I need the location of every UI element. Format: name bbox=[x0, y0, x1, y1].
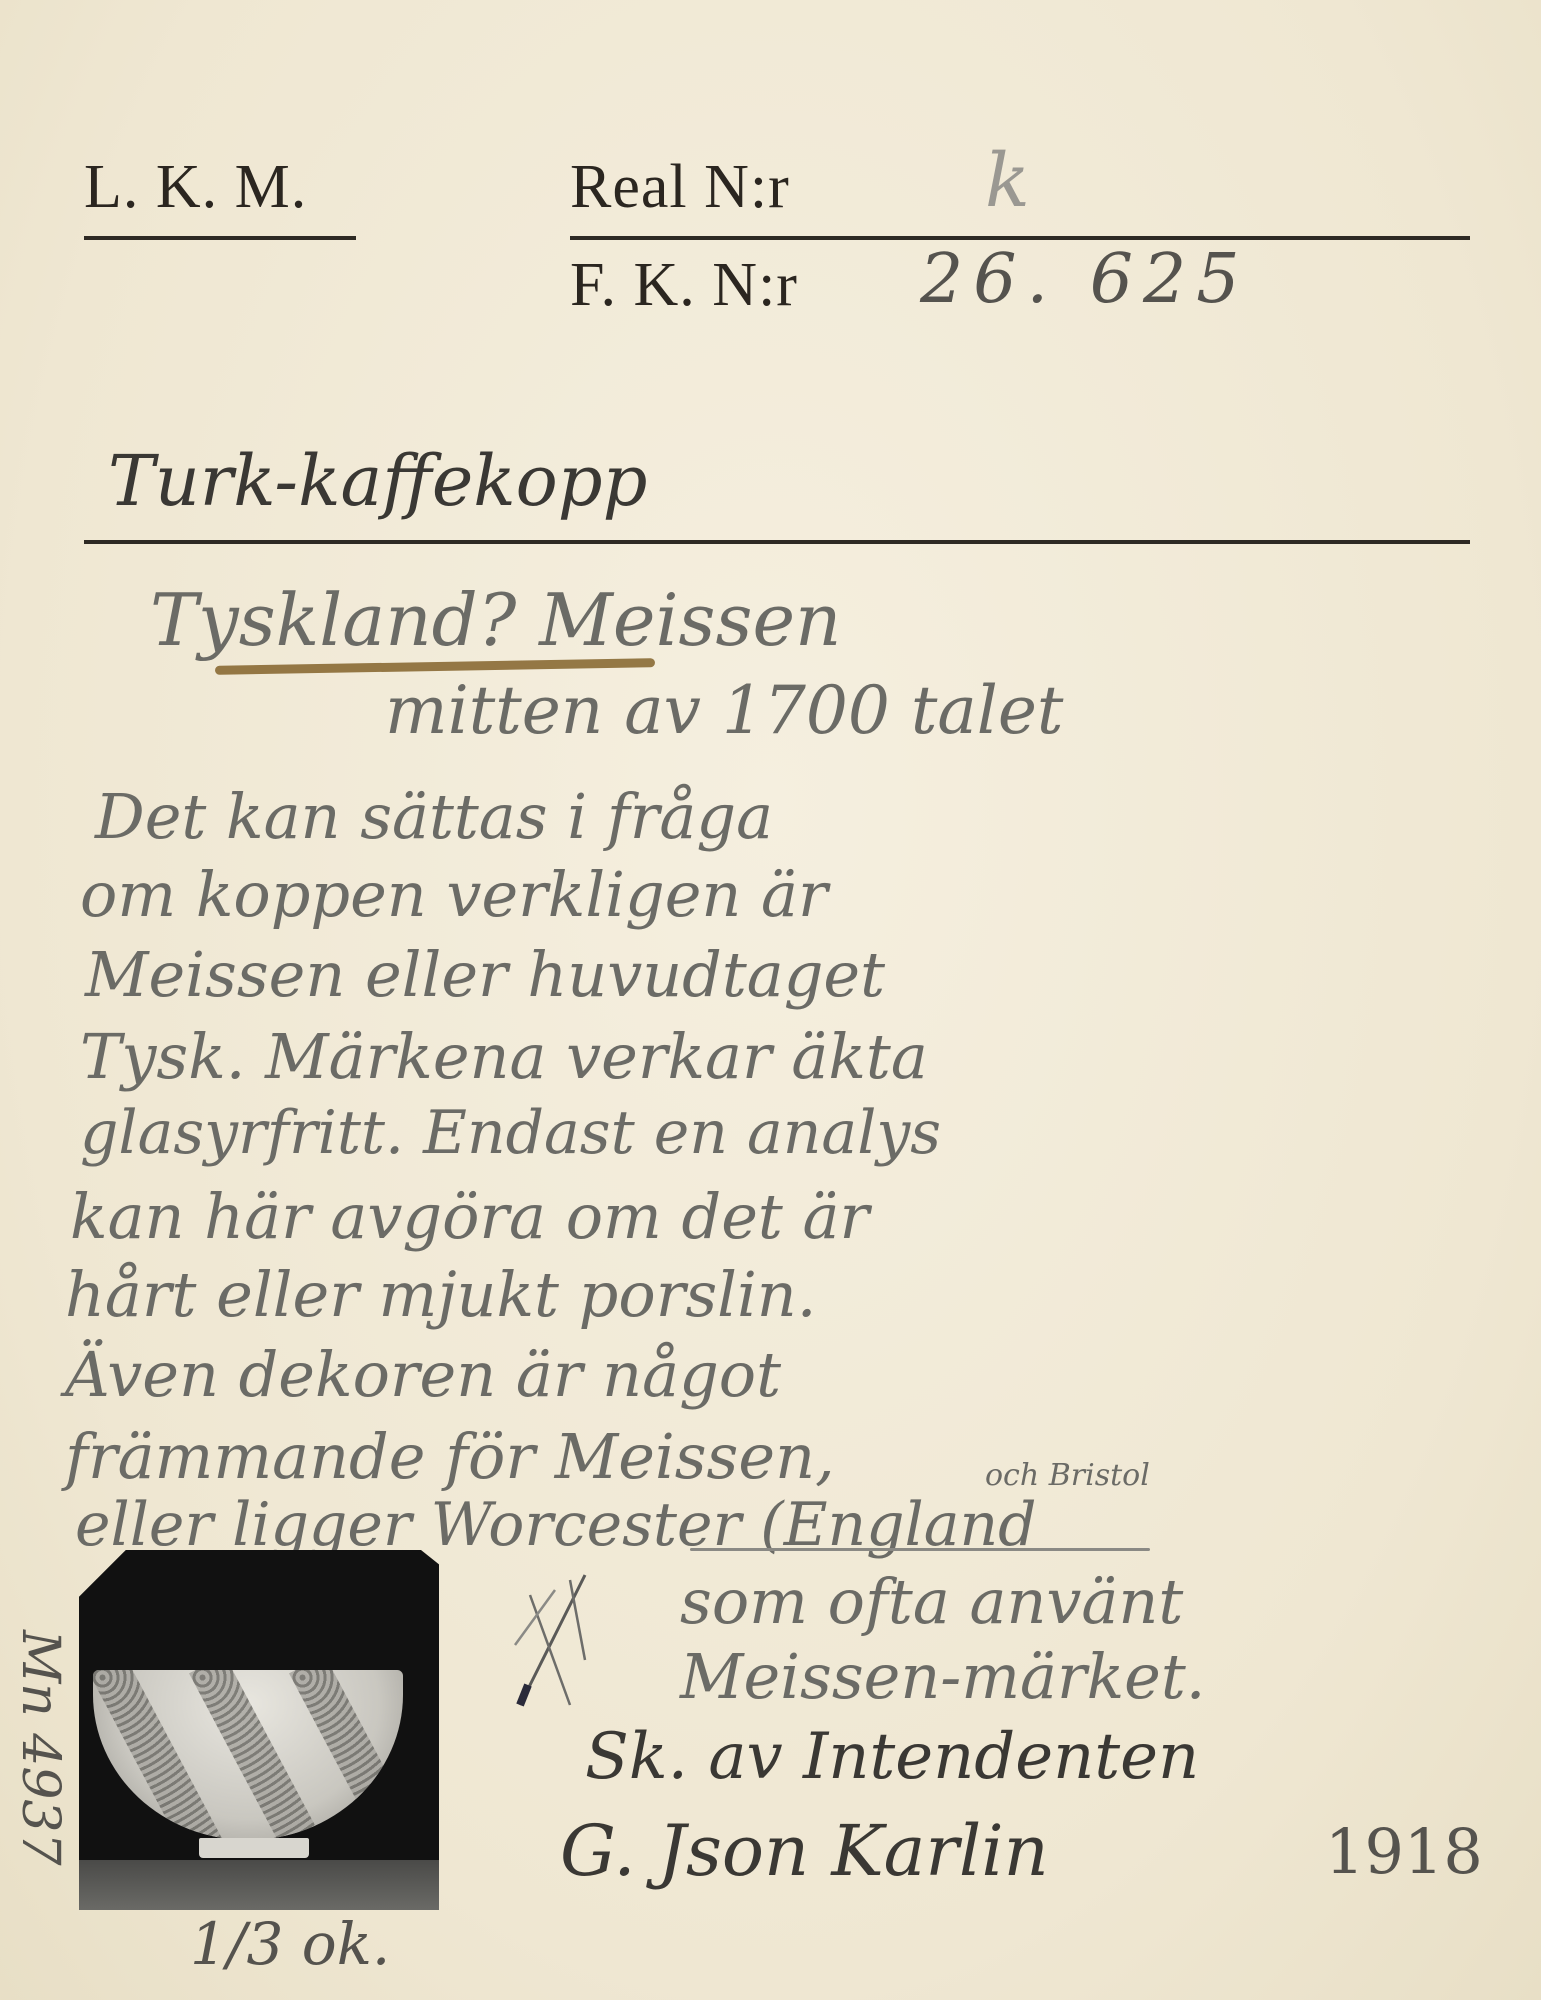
real-nr-value: k bbox=[985, 138, 1030, 224]
note-line: Meissen eller huvudtaget bbox=[85, 938, 885, 1011]
note-line: Även dekoren är något bbox=[65, 1338, 781, 1411]
note-line: glasyrfritt. Endast en analys bbox=[80, 1098, 941, 1168]
note-line: hårt eller mjukt porslin. bbox=[65, 1258, 816, 1331]
photo-shelf bbox=[79, 1860, 439, 1910]
institution-underline bbox=[84, 236, 356, 240]
inventory-margin-note: Mn 4937 bbox=[10, 1630, 70, 1866]
note-continuation: som ofta använt bbox=[680, 1565, 1183, 1638]
worcester-underline bbox=[690, 1548, 1150, 1551]
title-rule bbox=[84, 540, 1470, 544]
note-line: Tysk. Märkena verkar äkta bbox=[80, 1020, 928, 1093]
note-line: kan här avgöra om det är bbox=[70, 1180, 869, 1253]
cup-image bbox=[93, 1670, 403, 1840]
origin-line-2: mitten av 1700 talet bbox=[385, 672, 1063, 749]
note-continuation: Meissen-märket. bbox=[680, 1640, 1206, 1713]
note-insertion: och Bristol bbox=[985, 1458, 1150, 1493]
object-title: Turk-kaffekopp bbox=[108, 440, 647, 522]
signature-line-1: Sk. av Intendenten bbox=[585, 1720, 1199, 1794]
note-line: Det kan sättas i fråga bbox=[95, 780, 773, 853]
fk-nr-value: 26. 625 bbox=[920, 240, 1250, 319]
note-line: främmande för Meissen, bbox=[65, 1420, 835, 1493]
photo-scale-note: 1/3 ok. bbox=[190, 1910, 390, 1978]
object-photo bbox=[79, 1550, 439, 1910]
real-nr-label: Real N:r bbox=[570, 152, 790, 223]
institution-label: L. K. M. bbox=[84, 152, 307, 223]
signature-year: 1918 bbox=[1325, 1815, 1483, 1888]
crossed-swords-mark-icon bbox=[500, 1555, 600, 1725]
signature-name: G. Json Karlin bbox=[560, 1810, 1049, 1892]
fk-nr-label: F. K. N:r bbox=[570, 250, 798, 321]
cup-foot bbox=[199, 1838, 309, 1858]
note-line: om koppen verkligen är bbox=[80, 858, 828, 931]
origin-line-1: Tyskland? Meissen bbox=[150, 578, 841, 662]
